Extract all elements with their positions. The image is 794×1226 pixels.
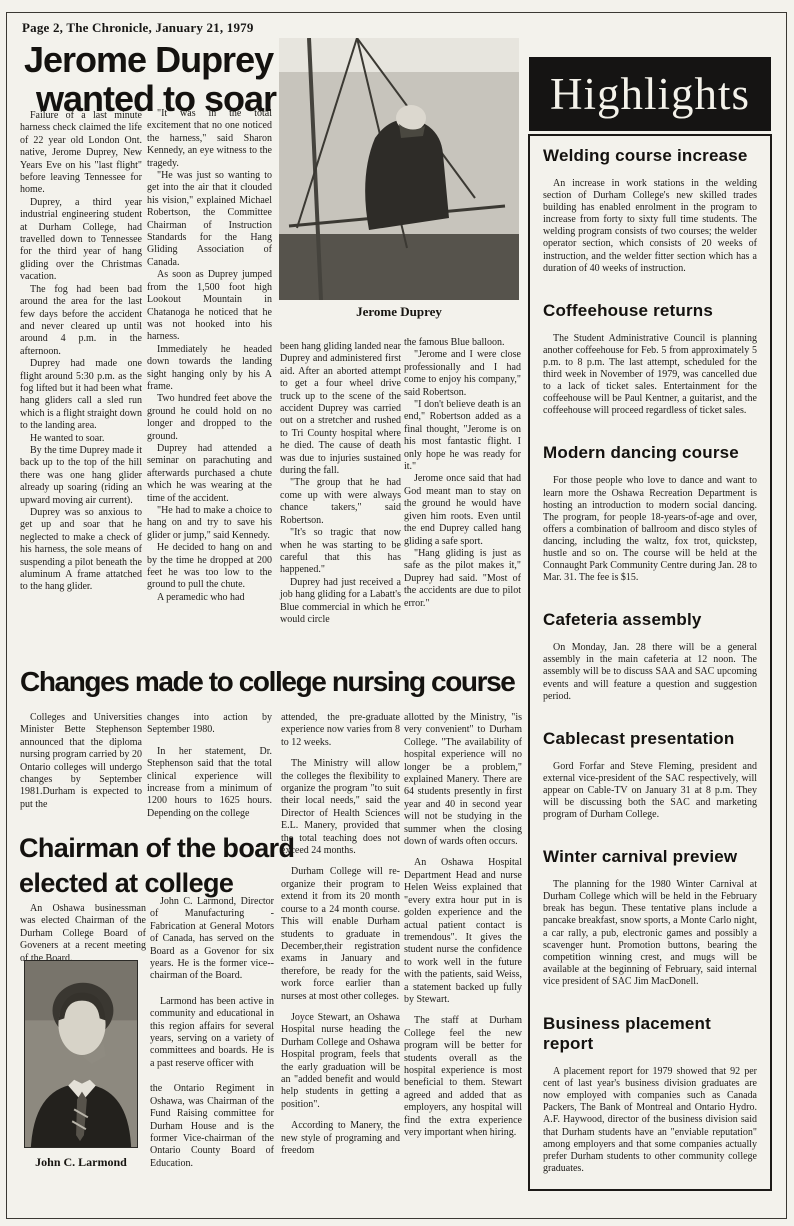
highlight-body: The Student Administrative Council is pl… <box>543 333 757 418</box>
chairman-headline-line1: Chairman of the board <box>19 833 294 863</box>
paragraph: "Jerome and I were close professionally … <box>404 349 521 399</box>
nursing-column-1: Colleges and Universities Minister Bette… <box>20 712 142 811</box>
paragraph: Two hundred feet above the ground he cou… <box>147 393 272 443</box>
highlight-heading: Coffeehouse returns <box>543 301 757 321</box>
chairman-headline: Chairman of the board elected at college <box>19 831 294 901</box>
paragraph: The staff at Durham College feel the new… <box>404 1015 522 1139</box>
paragraph: Joyce Stewart, an Oshawa Hospital nurse … <box>281 1012 400 1111</box>
duprey-column-3: been hang gliding landed near Duprey and… <box>280 341 401 626</box>
paragraph: An Oshawa businessman was elected Chairm… <box>20 903 146 965</box>
duprey-column-2: "It was in the total excitement that no … <box>147 108 272 604</box>
nursing-column-4: allotted by the Ministry, "is very conve… <box>404 712 522 1139</box>
paragraph: John C. Larmond, Director of Manufacturi… <box>150 896 274 983</box>
paragraph: In her statement, Dr. Stephenson said th… <box>147 746 272 820</box>
highlight-body: Gord Forfar and Steve Fleming, president… <box>543 761 757 821</box>
paragraph: The fog had been bad around the area for… <box>20 284 142 358</box>
duprey-headline-line1: Jerome Duprey <box>24 39 273 80</box>
paragraph: Jerome once said that had God meant man … <box>404 473 521 547</box>
paragraph: the Ontario Regiment in Oshawa, was Chai… <box>150 1083 274 1170</box>
nursing-column-2: changes into action by September 1980. I… <box>147 712 272 820</box>
paragraph: Immediately he headed down towards the l… <box>147 344 272 394</box>
jerome-duprey-photo <box>279 38 519 300</box>
highlight-body: A placement report for 1979 showed that … <box>543 1066 757 1175</box>
highlight-section-cafeteria: Cafeteria assembly On Monday, Jan. 28 th… <box>543 610 757 702</box>
larmond-photo-caption: John C. Larmond <box>24 1155 138 1170</box>
paragraph: "The group that he had come up with were… <box>280 477 401 527</box>
paragraph: By the time Duprey made it back up to th… <box>20 445 142 507</box>
paragraph: Colleges and Universities Minister Bette… <box>20 712 142 811</box>
paragraph: A peramedic who had <box>147 592 272 604</box>
highlight-body: For those people who love to dance and w… <box>543 475 757 584</box>
paragraph: "It was in the total excitement that no … <box>147 108 272 170</box>
paragraph: been hang gliding landed near Duprey and… <box>280 341 401 477</box>
chairman-column-2: John C. Larmond, Director of Manufacturi… <box>150 896 274 1170</box>
highlight-section-welding: Welding course increase An increase in w… <box>543 146 757 275</box>
paragraph: "He had to make a choice to hang on and … <box>147 505 272 542</box>
paragraph: Failure of a last minute harness check c… <box>20 110 142 197</box>
paragraph: He wanted to soar. <box>20 433 142 445</box>
duprey-column-4: the famous Blue balloon. "Jerome and I w… <box>404 337 521 610</box>
nursing-column-3: attended, the pre-graduate experience no… <box>281 712 400 1157</box>
paragraph: Duprey had attended a seminar on parachu… <box>147 443 272 505</box>
paragraph: Duprey had just received a job hang glid… <box>280 577 401 627</box>
duprey-photo-caption: Jerome Duprey <box>279 304 519 320</box>
paragraph: Duprey was so anxious to get up and soar… <box>20 507 142 594</box>
paragraph: He decided to hang on and by the time he… <box>147 542 272 592</box>
highlight-section-cablecast: Cablecast presentation Gord Forfar and S… <box>543 729 757 821</box>
paragraph: The Ministry will allow the colleges the… <box>281 758 400 857</box>
highlights-banner: Highlights <box>529 57 771 131</box>
paragraph: the famous Blue balloon. <box>404 337 521 349</box>
chairman-headline-line2: elected at college <box>19 868 233 898</box>
highlight-heading: Welding course increase <box>543 146 757 166</box>
paragraph: attended, the pre-graduate experience no… <box>281 712 400 749</box>
paragraph: "He was just so wanting to get into the … <box>147 170 272 269</box>
chairman-column-1: An Oshawa businessman was elected Chairm… <box>20 903 146 965</box>
paragraph: "It's so tragic that now when he was sta… <box>280 527 401 577</box>
highlight-section-coffeehouse: Coffeehouse returns The Student Administ… <box>543 301 757 418</box>
paragraph: As soon as Duprey jumped from the 1,500 … <box>147 269 272 343</box>
highlight-heading: Cablecast presentation <box>543 729 757 749</box>
paragraph: An Oshawa Hospital Department Head and n… <box>404 857 522 1006</box>
highlight-body: The planning for the 1980 Winter Carniva… <box>543 879 757 988</box>
paragraph: According to Manery, the new style of pr… <box>281 1120 400 1157</box>
paragraph: changes into action by September 1980. <box>147 712 272 737</box>
paragraph: "I don't believe death is an end," Rober… <box>404 399 521 473</box>
paragraph: Larmond has been active in community and… <box>150 996 274 1070</box>
duprey-headline: Jerome Duprey wanted to soar <box>24 40 276 118</box>
nursing-headline: Changes made to college nursing course <box>20 666 528 698</box>
highlights-title: Highlights <box>550 68 750 120</box>
paragraph: Durham College will re-organize their pr… <box>281 866 400 1002</box>
highlights-box: Welding course increase An increase in w… <box>528 134 772 1191</box>
paragraph: Duprey had made one flight around 5:30 p… <box>20 358 142 432</box>
highlight-heading: Winter carnival preview <box>543 847 757 867</box>
highlight-heading: Business placement report <box>543 1014 757 1054</box>
john-larmond-photo <box>24 960 138 1148</box>
highlight-heading: Cafeteria assembly <box>543 610 757 630</box>
duprey-column-1: Failure of a last minute harness check c… <box>20 110 142 594</box>
paragraph: allotted by the Ministry, "is very conve… <box>404 712 522 848</box>
highlight-body: An increase in work stations in the weld… <box>543 178 757 275</box>
highlight-section-carnival: Winter carnival preview The planning for… <box>543 847 757 988</box>
paragraph: Duprey, a third year industrial engineer… <box>20 197 142 284</box>
newspaper-page: Page 2, The Chronicle, January 21, 1979 … <box>0 0 794 1226</box>
paragraph: "Hang gliding is just as safe as the pil… <box>404 548 521 610</box>
page-header: Page 2, The Chronicle, January 21, 1979 <box>22 20 254 36</box>
highlight-section-dancing: Modern dancing course For those people w… <box>543 443 757 584</box>
highlight-body: On Monday, Jan. 28 there will be a gener… <box>543 642 757 702</box>
highlight-section-business: Business placement report A placement re… <box>543 1014 757 1175</box>
highlight-heading: Modern dancing course <box>543 443 757 463</box>
